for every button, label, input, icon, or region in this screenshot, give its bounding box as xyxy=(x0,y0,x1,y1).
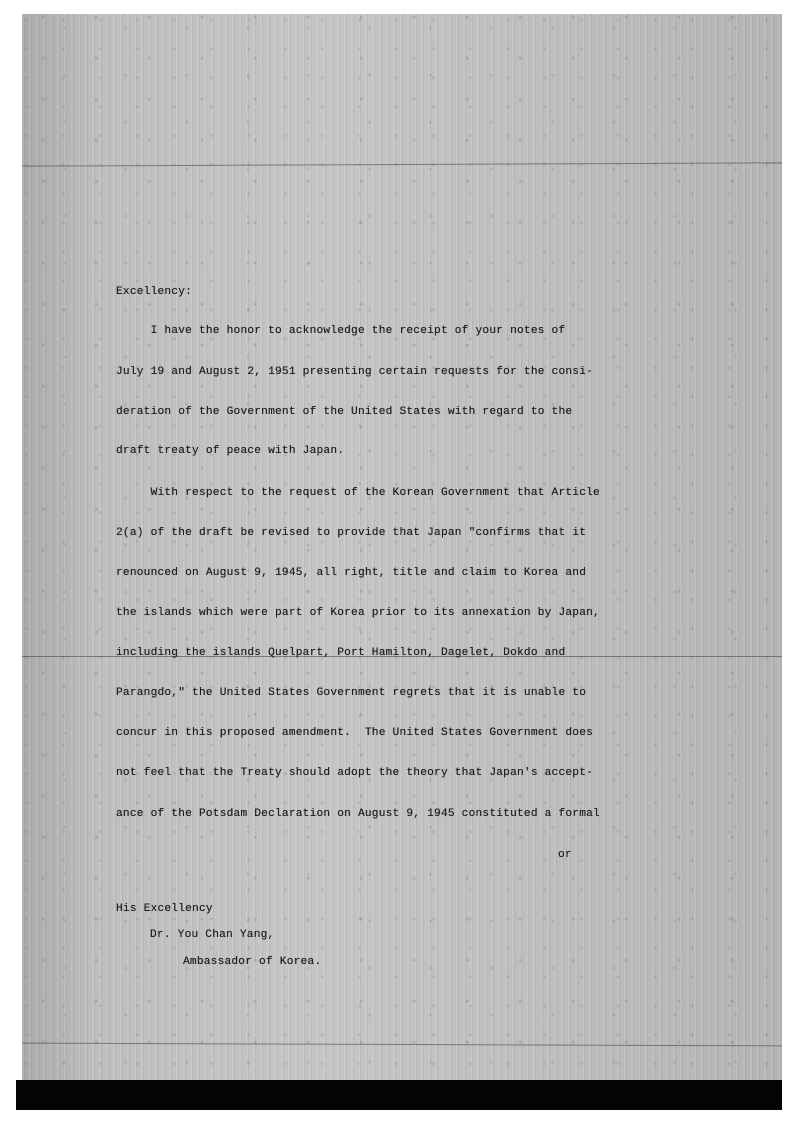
salutation: Excellency: xyxy=(116,286,192,298)
text-line: the islands which were part of Korea pri… xyxy=(116,607,600,619)
text-line: concur in this proposed amendment. The U… xyxy=(116,727,593,739)
text-line: not feel that the Treaty should adopt th… xyxy=(116,767,593,779)
text-line: July 19 and August 2, 1951 presenting ce… xyxy=(116,366,593,378)
addressee-title: His Excellency xyxy=(116,903,213,915)
addressee-position: Ambassador of Korea. xyxy=(183,956,321,968)
scan-artifact-line xyxy=(22,162,782,166)
catchword: or xyxy=(558,849,572,861)
scan-border-band xyxy=(16,1080,782,1110)
text-line: Parangdo," the United States Government … xyxy=(116,687,586,699)
scanned-page xyxy=(22,14,782,1084)
addressee-name: Dr. You Chan Yang, xyxy=(150,929,274,941)
text-line: draft treaty of peace with Japan. xyxy=(116,445,344,457)
scan-artifact-line xyxy=(22,1043,782,1047)
text-line: ance of the Potsdam Declaration on Augus… xyxy=(116,808,600,820)
text-line: With respect to the request of the Korea… xyxy=(116,487,600,499)
text-line: deration of the Government of the United… xyxy=(116,406,572,418)
paragraph-2: With respect to the request of the Korea… xyxy=(116,0,130,120)
text-line: renounced on August 9, 1945, all right, … xyxy=(116,567,586,579)
text-line: 2(a) of the draft be revised to provide … xyxy=(116,527,586,539)
text-line: I have the honor to acknowledge the rece… xyxy=(116,325,565,337)
text-line: including the islands Quelpart, Port Ham… xyxy=(116,647,565,659)
